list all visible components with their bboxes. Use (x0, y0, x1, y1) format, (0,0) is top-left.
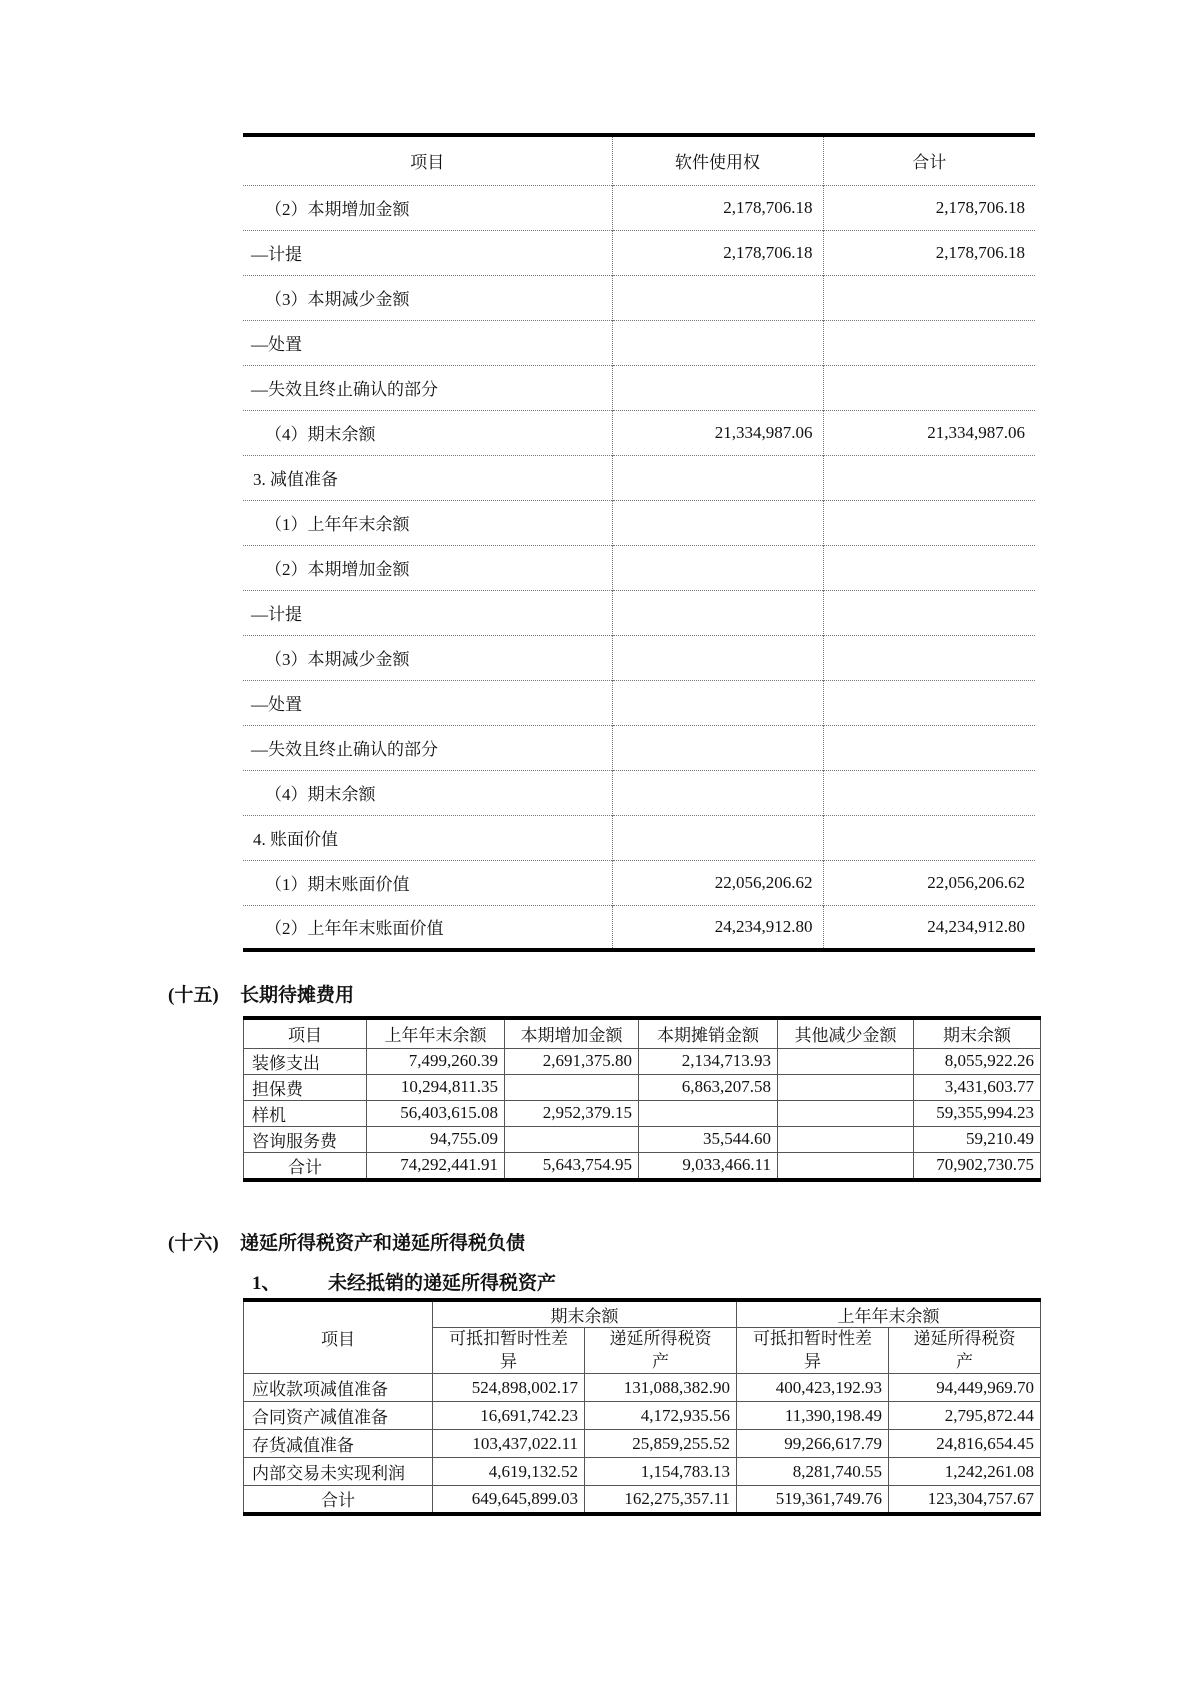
header-group-ending-balance: 期末余额 (433, 1300, 737, 1328)
value-cell: 94,449,969.70 (889, 1374, 1041, 1402)
table-row: （4）期末余额 21,334,987.06 21,334,987.06 (243, 410, 1035, 455)
value-cell (778, 1152, 914, 1180)
label-cell: （1）上年年末余额 (243, 500, 612, 545)
value-cell: 59,355,994.23 (914, 1100, 1041, 1126)
value-cell: 7,499,260.39 (367, 1048, 505, 1074)
value-cell: 99,266,617.79 (737, 1430, 889, 1458)
value-cell (778, 1074, 914, 1100)
section15-heading: (十五)长期待摊费用 (168, 980, 354, 1007)
value-cell (612, 635, 823, 680)
value-cell: 400,423,192.93 (737, 1374, 889, 1402)
table-row: 样机 56,403,615.08 2,952,379.15 59,355,994… (244, 1100, 1041, 1126)
table-row: 装修支出 7,499,260.39 2,691,375.80 2,134,713… (244, 1048, 1041, 1074)
label-cell: 内部交易未实现利润 (244, 1458, 433, 1486)
value-cell: 5,643,754.95 (505, 1152, 639, 1180)
value-cell: 123,304,757.67 (889, 1486, 1041, 1514)
value-cell: 8,055,922.26 (914, 1048, 1041, 1074)
table-row: 咨询服务费 94,755.09 35,544.60 59,210.49 (244, 1126, 1041, 1152)
table-row: 内部交易未实现利润 4,619,132.52 1,154,783.13 8,28… (244, 1458, 1041, 1486)
header-deductible-temp-diff: 可抵扣暂时性差异 (737, 1328, 889, 1374)
deferred-tax-assets-table: 项目 期末余额 上年年末余额 可抵扣暂时性差异 递延所得税资产 可抵扣暂时性差异… (243, 1298, 1041, 1516)
value-cell: 2,178,706.18 (612, 230, 823, 275)
value-cell: 519,361,749.76 (737, 1486, 889, 1514)
value-cell: 21,334,987.06 (823, 410, 1035, 455)
value-cell (823, 725, 1035, 770)
table-row: —处置 (243, 320, 1035, 365)
label-cell: 咨询服务费 (244, 1126, 367, 1152)
value-cell: 524,898,002.17 (433, 1374, 585, 1402)
table-row: 合同资产减值准备 16,691,742.23 4,172,935.56 11,3… (244, 1402, 1041, 1430)
value-cell (505, 1074, 639, 1100)
value-cell (612, 365, 823, 410)
value-cell (612, 545, 823, 590)
value-cell: 1,154,783.13 (585, 1458, 737, 1486)
value-cell (778, 1126, 914, 1152)
value-cell (612, 590, 823, 635)
table-row: （3）本期减少金额 (243, 635, 1035, 680)
header-item: 项目 (244, 1018, 367, 1048)
value-cell (778, 1100, 914, 1126)
header-deductible-temp-diff: 可抵扣暂时性差异 (433, 1328, 585, 1374)
section16-heading: (十六)递延所得税资产和递延所得税负债 (168, 1228, 525, 1255)
value-cell (612, 680, 823, 725)
value-cell (823, 635, 1035, 680)
value-cell: 10,294,811.35 (367, 1074, 505, 1100)
label-cell: 合计 (244, 1152, 367, 1180)
value-cell: 2,178,706.18 (823, 230, 1035, 275)
label-cell: 合同资产减值准备 (244, 1402, 433, 1430)
value-cell (823, 455, 1035, 500)
header-prior-year-balance: 上年年末余额 (367, 1018, 505, 1048)
label-cell: （4）期末余额 (243, 410, 612, 455)
header-period-increase: 本期增加金额 (505, 1018, 639, 1048)
table-row: （1）上年年末余额 (243, 500, 1035, 545)
value-cell (823, 770, 1035, 815)
label-cell: 担保费 (244, 1074, 367, 1100)
value-cell: 74,292,441.91 (367, 1152, 505, 1180)
value-cell (823, 680, 1035, 725)
label-cell: （2）本期增加金额 (243, 185, 612, 230)
label-cell: 装修支出 (244, 1048, 367, 1074)
header-item: 项目 (244, 1300, 433, 1374)
header-group-prior-year-balance: 上年年末余额 (737, 1300, 1041, 1328)
value-cell: 22,056,206.62 (612, 860, 823, 905)
value-cell: 11,390,198.49 (737, 1402, 889, 1430)
group-header-row: 项目 期末余额 上年年末余额 (244, 1300, 1041, 1328)
table-row: —计提 2,178,706.18 2,178,706.18 (243, 230, 1035, 275)
value-cell (823, 365, 1035, 410)
header-software-right: 软件使用权 (612, 135, 823, 185)
value-cell: 3,431,603.77 (914, 1074, 1041, 1100)
label-cell: （4）期末余额 (243, 770, 612, 815)
value-cell: 131,088,382.90 (585, 1374, 737, 1402)
section15-title: 长期待摊费用 (240, 985, 354, 1006)
value-cell: 1,242,261.08 (889, 1458, 1041, 1486)
label-cell: —计提 (243, 230, 612, 275)
continuation-table-body: （2）本期增加金额 2,178,706.18 2,178,706.18 —计提 … (243, 185, 1035, 950)
value-cell: 94,755.09 (367, 1126, 505, 1152)
header-period-amortization: 本期摊销金额 (639, 1018, 778, 1048)
value-cell: 16,691,742.23 (433, 1402, 585, 1430)
value-cell: 25,859,255.52 (585, 1430, 737, 1458)
value-cell: 56,403,615.08 (367, 1100, 505, 1126)
value-cell: 8,281,740.55 (737, 1458, 889, 1486)
table-row: —失效且终止确认的部分 (243, 365, 1035, 410)
label-cell: —处置 (243, 320, 612, 365)
value-cell: 2,178,706.18 (823, 185, 1035, 230)
header-item: 项目 (243, 135, 612, 185)
value-cell (612, 500, 823, 545)
label-cell: 4. 账面价值 (243, 815, 612, 860)
section15-number: (十五) (168, 980, 240, 1007)
header-total: 合计 (823, 135, 1035, 185)
label-cell: —计提 (243, 590, 612, 635)
header-deferred-tax-asset: 递延所得税资产 (889, 1328, 1041, 1374)
prepaid-expenses-table-body: 装修支出 7,499,260.39 2,691,375.80 2,134,713… (244, 1048, 1041, 1180)
value-cell: 9,033,466.11 (639, 1152, 778, 1180)
table-row: 4. 账面价值 (243, 815, 1035, 860)
label-cell: （2）本期增加金额 (243, 545, 612, 590)
value-cell: 21,334,987.06 (612, 410, 823, 455)
table-row: 存货减值准备 103,437,022.11 25,859,255.52 99,2… (244, 1430, 1041, 1458)
value-cell (612, 725, 823, 770)
label-cell: 样机 (244, 1100, 367, 1126)
value-cell: 649,645,899.03 (433, 1486, 585, 1514)
value-cell (823, 500, 1035, 545)
table-row: 3. 减值准备 (243, 455, 1035, 500)
value-cell: 35,544.60 (639, 1126, 778, 1152)
table-row: 合计 74,292,441.91 5,643,754.95 9,033,466.… (244, 1152, 1041, 1180)
value-cell: 24,234,912.80 (612, 905, 823, 950)
section16-number: (十六) (168, 1228, 240, 1255)
value-cell: 4,619,132.52 (433, 1458, 585, 1486)
header-other-decrease: 其他减少金额 (778, 1018, 914, 1048)
value-cell: 2,178,706.18 (612, 185, 823, 230)
value-cell: 103,437,022.11 (433, 1430, 585, 1458)
deferred-tax-assets-table-body: 应收款项减值准备 524,898,002.17 131,088,382.90 4… (244, 1374, 1041, 1514)
table-row: 合计 649,645,899.03 162,275,357.11 519,361… (244, 1486, 1041, 1514)
label-cell: —处置 (243, 680, 612, 725)
header-ending-balance: 期末余额 (914, 1018, 1041, 1048)
header-row: 项目 上年年末余额 本期增加金额 本期摊销金额 其他减少金额 期末余额 (244, 1018, 1041, 1048)
value-cell: 24,234,912.80 (823, 905, 1035, 950)
table-row: —计提 (243, 590, 1035, 635)
table-row: （2）上年年末账面价值 24,234,912.80 24,234,912.80 (243, 905, 1035, 950)
header-row: 项目 软件使用权 合计 (243, 135, 1035, 185)
table-row: —失效且终止确认的部分 (243, 725, 1035, 770)
continuation-table: 项目 软件使用权 合计 （2）本期增加金额 2,178,706.18 2,178… (243, 133, 1035, 952)
label-cell: —失效且终止确认的部分 (243, 725, 612, 770)
value-cell: 70,902,730.75 (914, 1152, 1041, 1180)
label-cell: （3）本期减少金额 (243, 275, 612, 320)
value-cell (612, 275, 823, 320)
value-cell: 2,134,713.93 (639, 1048, 778, 1074)
label-cell: 合计 (244, 1486, 433, 1514)
table-row: （2）本期增加金额 (243, 545, 1035, 590)
value-cell: 2,952,379.15 (505, 1100, 639, 1126)
header-deferred-tax-asset: 递延所得税资产 (585, 1328, 737, 1374)
value-cell: 6,863,207.58 (639, 1074, 778, 1100)
table-row: 担保费 10,294,811.35 6,863,207.58 3,431,603… (244, 1074, 1041, 1100)
value-cell: 4,172,935.56 (585, 1402, 737, 1430)
value-cell (823, 545, 1035, 590)
value-cell (505, 1126, 639, 1152)
prepaid-expenses-table: 项目 上年年末余额 本期增加金额 本期摊销金额 其他减少金额 期末余额 装修支出… (243, 1016, 1041, 1182)
table-row: —处置 (243, 680, 1035, 725)
subsection-number: 1、 (252, 1268, 328, 1295)
label-cell: 存货减值准备 (244, 1430, 433, 1458)
table-row: （4）期末余额 (243, 770, 1035, 815)
value-cell (612, 320, 823, 365)
table-row: （2）本期增加金额 2,178,706.18 2,178,706.18 (243, 185, 1035, 230)
value-cell (823, 590, 1035, 635)
value-cell: 2,795,872.44 (889, 1402, 1041, 1430)
value-cell (778, 1048, 914, 1074)
label-cell: （3）本期减少金额 (243, 635, 612, 680)
value-cell (612, 770, 823, 815)
document-page: 项目 软件使用权 合计 （2）本期增加金额 2,178,706.18 2,178… (0, 0, 1200, 1696)
table-row: （1）期末账面价值 22,056,206.62 22,056,206.62 (243, 860, 1035, 905)
value-cell (612, 815, 823, 860)
label-cell: （1）期末账面价值 (243, 860, 612, 905)
value-cell: 162,275,357.11 (585, 1486, 737, 1514)
label-cell: 3. 减值准备 (243, 455, 612, 500)
value-cell (823, 320, 1035, 365)
subsection-title: 未经抵销的递延所得税资产 (328, 1273, 556, 1294)
value-cell (823, 815, 1035, 860)
section16-subheading: 1、未经抵销的递延所得税资产 (252, 1268, 556, 1295)
value-cell (823, 275, 1035, 320)
table-row: （3）本期减少金额 (243, 275, 1035, 320)
value-cell: 2,691,375.80 (505, 1048, 639, 1074)
label-cell: —失效且终止确认的部分 (243, 365, 612, 410)
label-cell: （2）上年年末账面价值 (243, 905, 612, 950)
section16-title: 递延所得税资产和递延所得税负债 (240, 1233, 525, 1254)
value-cell: 22,056,206.62 (823, 860, 1035, 905)
value-cell: 59,210.49 (914, 1126, 1041, 1152)
value-cell (639, 1100, 778, 1126)
value-cell (612, 455, 823, 500)
label-cell: 应收款项减值准备 (244, 1374, 433, 1402)
table-row: 应收款项减值准备 524,898,002.17 131,088,382.90 4… (244, 1374, 1041, 1402)
value-cell: 24,816,654.45 (889, 1430, 1041, 1458)
